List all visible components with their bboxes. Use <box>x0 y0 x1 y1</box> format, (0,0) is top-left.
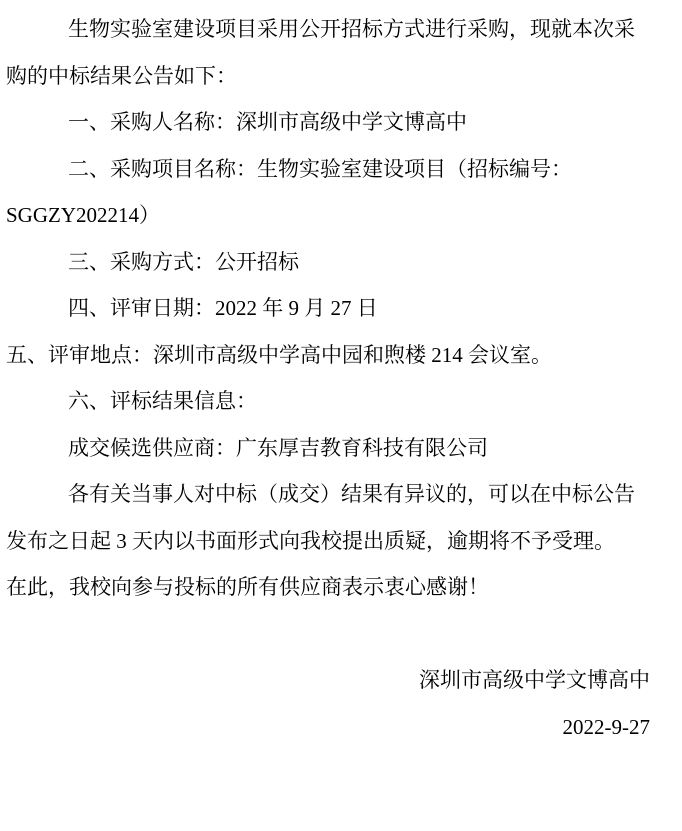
signature-org: 深圳市高级中学文博高中 <box>6 657 660 704</box>
item-1-purchaser: 一、采购人名称：深圳市高级中学文博高中 <box>6 99 660 146</box>
item-3-procurement-method: 三、采购方式：公开招标 <box>6 239 660 286</box>
signature-date: 2022-9-27 <box>6 704 660 751</box>
item-6-result-heading: 六、评标结果信息： <box>6 378 660 425</box>
blank-line <box>6 611 660 658</box>
objection-notice-line-1: 各有关当事人对中标（成交）结果有异议的，可以在中标公告 <box>6 471 660 518</box>
item-2-project-name: 二、采购项目名称：生物实验室建设项目（招标编号： <box>6 146 660 193</box>
announcement-document: 生物实验室建设项目采用公开招标方式进行采购，现就本次采 购的中标结果公告如下： … <box>0 0 682 831</box>
intro-line-2: 购的中标结果公告如下： <box>6 53 660 100</box>
objection-notice-line-2: 发布之日起 3 天内以书面形式向我校提出质疑，逾期将不予受理。 <box>6 518 660 565</box>
thanks-line: 在此，我校向参与投标的所有供应商表示衷心感谢！ <box>6 564 660 611</box>
intro-line-1: 生物实验室建设项目采用公开招标方式进行采购，现就本次采 <box>6 6 660 53</box>
item-2-tender-number: SGGZY202214） <box>6 192 660 239</box>
item-5-review-location: 五、评审地点：深圳市高级中学高中园和煦楼 214 会议室。 <box>6 332 660 379</box>
winning-supplier: 成交候选供应商：广东厚吉教育科技有限公司 <box>6 425 660 472</box>
item-4-review-date: 四、评审日期：2022 年 9 月 27 日 <box>6 285 660 332</box>
